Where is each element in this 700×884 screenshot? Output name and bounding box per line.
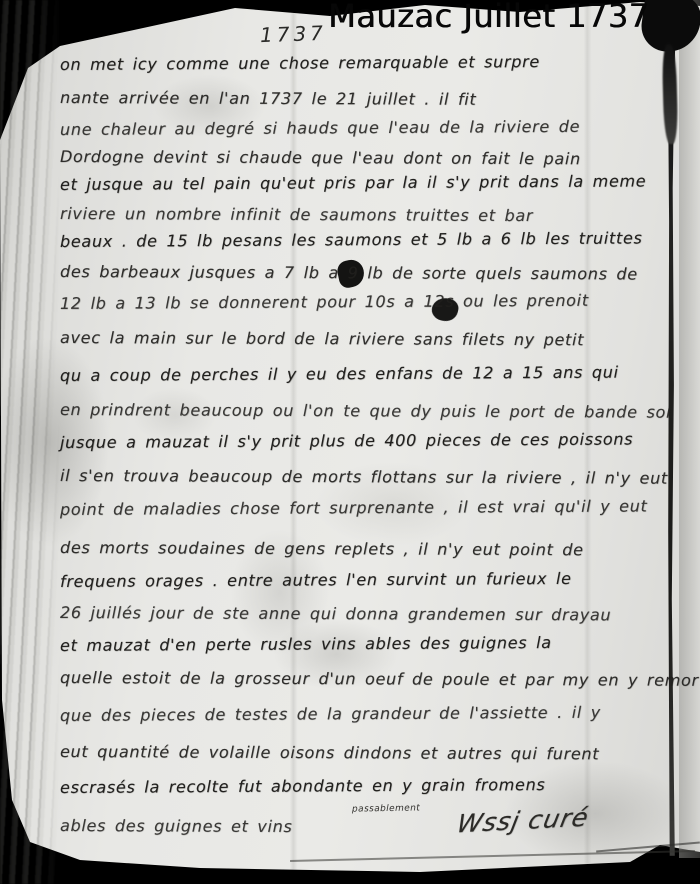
manuscript-line: riviere un nombre infinit de saumons tru… [60,204,668,226]
manuscript-line: eut quantité de volaille oisons dindons … [60,742,668,764]
manuscript-line: il s'en trouva beaucoup de morts flottan… [60,466,668,488]
manuscript-line: qu a coup de perches il y eu des enfans … [60,362,668,385]
interline-note: passablement [352,803,420,814]
manuscript-line: des morts soudaines de gens replets , il… [60,538,668,560]
torn-page-edges [0,0,60,884]
manuscript-line: Dordogne devint si chaude que l'eau dont… [60,147,668,169]
manuscript-line: nante arrivée en l'an 1737 le 21 juillet… [60,88,668,110]
manuscript-line: que des pieces de testes de la grandeur … [60,702,668,725]
manuscript-line: une chaleur au degré si hauds que l'eau … [60,116,668,139]
manuscript-line: point de maladies chose fort surprenante… [60,496,668,519]
manuscript-line: et jusque au tel pain qu'eut pris par la… [60,171,668,194]
manuscript-line: jusque a mauzat il s'y prit plus de 400 … [60,429,668,452]
manuscript-line: et mauzat d'en perte rusles vins ables d… [60,632,668,655]
underlying-page-edge [679,0,700,858]
title-overlay: Mauzac Juillet 1737 [328,0,649,35]
manuscript-line: beaux . de 15 lb pesans les saumons et 5… [60,228,668,251]
manuscript-line: quelle estoit de la grosseur d'un oeuf d… [60,668,668,690]
manuscript-line: des barbeaux jusques a 7 lb a 9 lb de so… [60,262,668,284]
manuscript-line: avec la main sur le bord de la riviere s… [60,328,668,350]
manuscript-line: 12 lb a 13 lb se donnerent pour 10s a 12… [60,290,668,313]
manuscript-line: frequens orages . entre autres l'en surv… [60,568,668,591]
manuscript-scan: Mauzac Juillet 1737 1737 on met icy comm… [0,0,700,884]
manuscript-line: 26 juillés jour de ste anne qui donna gr… [60,603,668,625]
year-heading: 1737 [260,21,328,47]
manuscript-line: on met icy comme une chose remarquable e… [60,51,668,74]
manuscript-line: en prindrent beaucoup ou l'on te que dy … [60,400,668,422]
manuscript-line: escrasés la recolte fut abondante en y g… [60,774,668,797]
